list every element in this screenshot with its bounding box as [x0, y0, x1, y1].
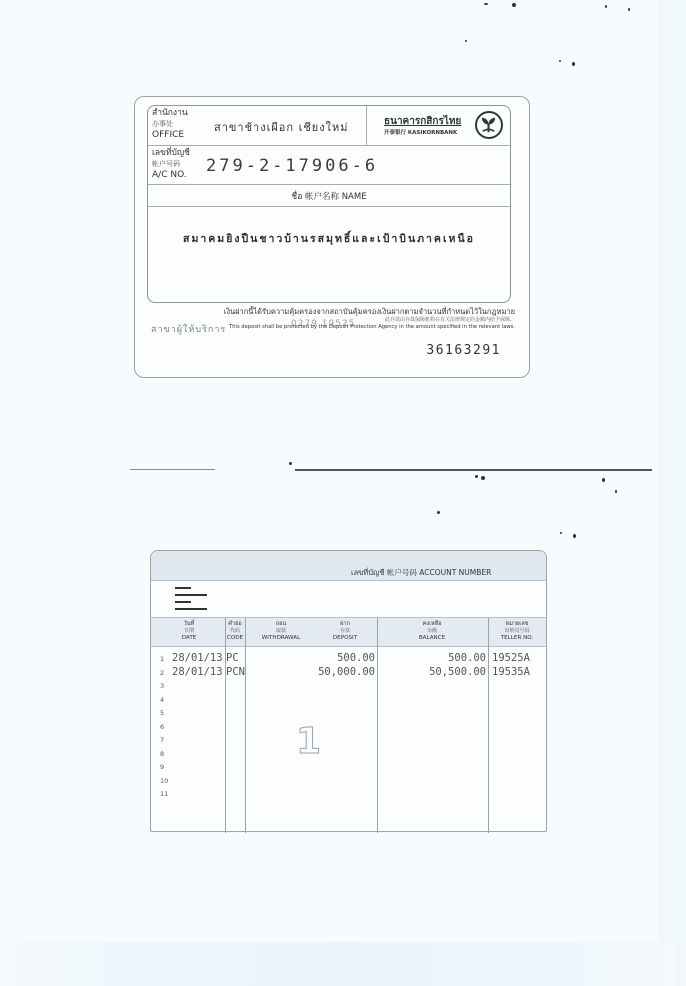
scan-speck [602, 478, 605, 482]
bank-name-en: 开泰银行 KASIKORNBANK [384, 128, 457, 136]
column-divider [225, 618, 226, 833]
name-label-row: ชื่อ 帐户名称 NAME [148, 185, 510, 207]
scan-page-edge-right [658, 0, 686, 986]
column-header-zh: 取款 [251, 628, 311, 635]
deposit-protection-notice-zh: 此存款由存款保障机构在有关法律规定的金额内给予保障。 [385, 316, 515, 323]
column-header-deposit: ฝาก 存款 DEPOSIT [321, 621, 369, 642]
column-header-en: BALANCE [377, 635, 487, 642]
scan-speck [512, 3, 516, 7]
transaction-teller: 19535A [492, 666, 530, 678]
column-header-withdrawal: ถอน 取款 WITHDRAWAL [251, 621, 311, 642]
fold-line [295, 469, 652, 471]
column-divider [377, 618, 378, 833]
scan-speck [605, 5, 607, 8]
transaction-date: 28/01/13 [172, 652, 223, 664]
office-label-th: สำนักงาน [152, 108, 188, 119]
office-label-en: OFFICE [152, 130, 188, 141]
menu-dash-icon [175, 594, 207, 596]
column-header-th: วันที่ [157, 621, 221, 628]
column-header-th: คงเหลือ [377, 621, 487, 628]
office-value: สาขาช้างเผือก เชียงใหม่ [214, 118, 348, 136]
line-number: 11 [160, 790, 168, 798]
column-header-en: DATE [157, 635, 221, 642]
transaction-deposit: 500.00 [251, 652, 375, 664]
account-label-th: เลขที่บัญชี [152, 148, 190, 159]
account-number-area [151, 581, 546, 618]
bank-name-th: ธนาคารกสิกรไทย [384, 114, 461, 129]
line-number: 6 [160, 723, 164, 731]
account-label: เลขที่บัญชี 帐户号码 A/C NO. [152, 148, 190, 181]
fold-line [130, 469, 215, 470]
scan-speck [437, 511, 440, 514]
divider [366, 106, 367, 146]
column-header-zh: 存款 [321, 628, 369, 635]
account-holder-name: สมาคมยิงปืนชาวบ้านรสมุทธิ์และเป้าบินภาคเ… [148, 230, 510, 247]
scan-speck [573, 534, 576, 538]
line-number: 8 [160, 750, 164, 758]
column-header-date: วันที่ 日期 DATE [157, 621, 221, 642]
passbook-cover-card: สำนักงาน 办事处 OFFICE สาขาช้างเผือก เชียงใ… [134, 96, 530, 378]
scan-speck [615, 490, 617, 493]
transaction-balance: 50,500.00 [379, 666, 486, 678]
kasikorn-logo-icon [475, 111, 503, 139]
column-header-zh: 出纳员号码 [489, 628, 545, 635]
account-number: 279-2-17906-6 [206, 156, 378, 176]
transaction-code: PCN [226, 666, 245, 678]
office-label-zh: 办事处 [152, 119, 188, 130]
account-number-row: เลขที่บัญชี 帐户号码 A/C NO. 279-2-17906-6 [148, 146, 510, 185]
scan-speck [484, 3, 488, 5]
column-header-th: คำย่อ [225, 621, 245, 628]
column-header-en: TELLER NO. [489, 635, 545, 642]
transaction-date: 28/01/13 [172, 666, 223, 678]
office-row: สำนักงาน 办事处 OFFICE สาขาช้างเผือก เชียงใ… [148, 106, 510, 146]
line-number: 5 [160, 709, 164, 717]
column-divider [245, 618, 246, 833]
column-header-th: ถอน [251, 621, 311, 628]
column-header-zh: 日期 [157, 628, 221, 635]
line-number: 9 [160, 763, 164, 771]
account-number-label: เลขที่บัญชี 帐户号码 ACCOUNT NUMBER [351, 567, 491, 579]
column-divider [488, 618, 489, 833]
scan-speck [289, 462, 292, 465]
account-label-en: A/C NO. [152, 170, 190, 181]
transaction-code: PC [226, 652, 239, 664]
scan-speck [475, 475, 478, 478]
scan-speck [465, 40, 467, 42]
page-number-watermark: 1 [296, 721, 321, 762]
column-header-balance: คงเหลือ 余额 BALANCE [377, 621, 487, 642]
transaction-teller: 19525A [492, 652, 530, 664]
line-number: 4 [160, 696, 164, 704]
column-header-en: CODE [225, 635, 245, 642]
column-header-th: ฝาก [321, 621, 369, 628]
line-number: 2 [160, 669, 164, 677]
servicing-branch-stamp: สาขาผู้ให้บริการ [151, 322, 226, 336]
scan-speck [628, 8, 630, 11]
transaction-deposit: 50,000.00 [251, 666, 375, 678]
menu-dash-icon [175, 601, 191, 603]
scan-speck [481, 476, 485, 480]
menu-dash-icon [175, 587, 191, 589]
deposit-protection-notice-en: This deposit shall be protected by the D… [229, 324, 515, 330]
statement-header: เลขที่บัญชี 帐户号码 ACCOUNT NUMBER [151, 551, 546, 581]
office-label: สำนักงาน 办事处 OFFICE [152, 108, 188, 141]
transaction-balance: 500.00 [379, 652, 486, 664]
column-header-teller: หมายเลข 出纳员号码 TELLER NO. [489, 621, 545, 642]
column-header-zh: 余额 [377, 628, 487, 635]
line-number: 1 [160, 655, 164, 663]
scan-page-edge-bottom [8, 942, 676, 986]
line-number: 3 [160, 682, 164, 690]
column-header-en: DEPOSIT [321, 635, 369, 642]
account-label-zh: 帐户号码 [152, 159, 190, 170]
name-label: ชื่อ 帐户名称 NAME [148, 189, 510, 203]
column-header-zh: 代码 [225, 628, 245, 635]
column-header-en: WITHDRAWAL [251, 635, 311, 642]
serial-number: 36163291 [426, 343, 501, 358]
scan-speck [559, 60, 561, 62]
column-header-th: หมายเลข [489, 621, 545, 628]
transaction-table-header: วันที่ 日期 DATE คำย่อ 代码 CODE ถอน 取款 WITH… [151, 618, 546, 647]
scan-speck [572, 62, 575, 66]
menu-dash-icon [175, 608, 207, 610]
column-header-code: คำย่อ 代码 CODE [225, 621, 245, 642]
line-number: 7 [160, 736, 164, 744]
line-number: 10 [160, 777, 168, 785]
account-info-box: สำนักงาน 办事处 OFFICE สาขาช้างเผือก เชียงใ… [147, 105, 511, 303]
scan-speck [560, 532, 562, 534]
passbook-statement-page: เลขที่บัญชี 帐户号码 ACCOUNT NUMBER วันที่ 日… [150, 550, 547, 832]
